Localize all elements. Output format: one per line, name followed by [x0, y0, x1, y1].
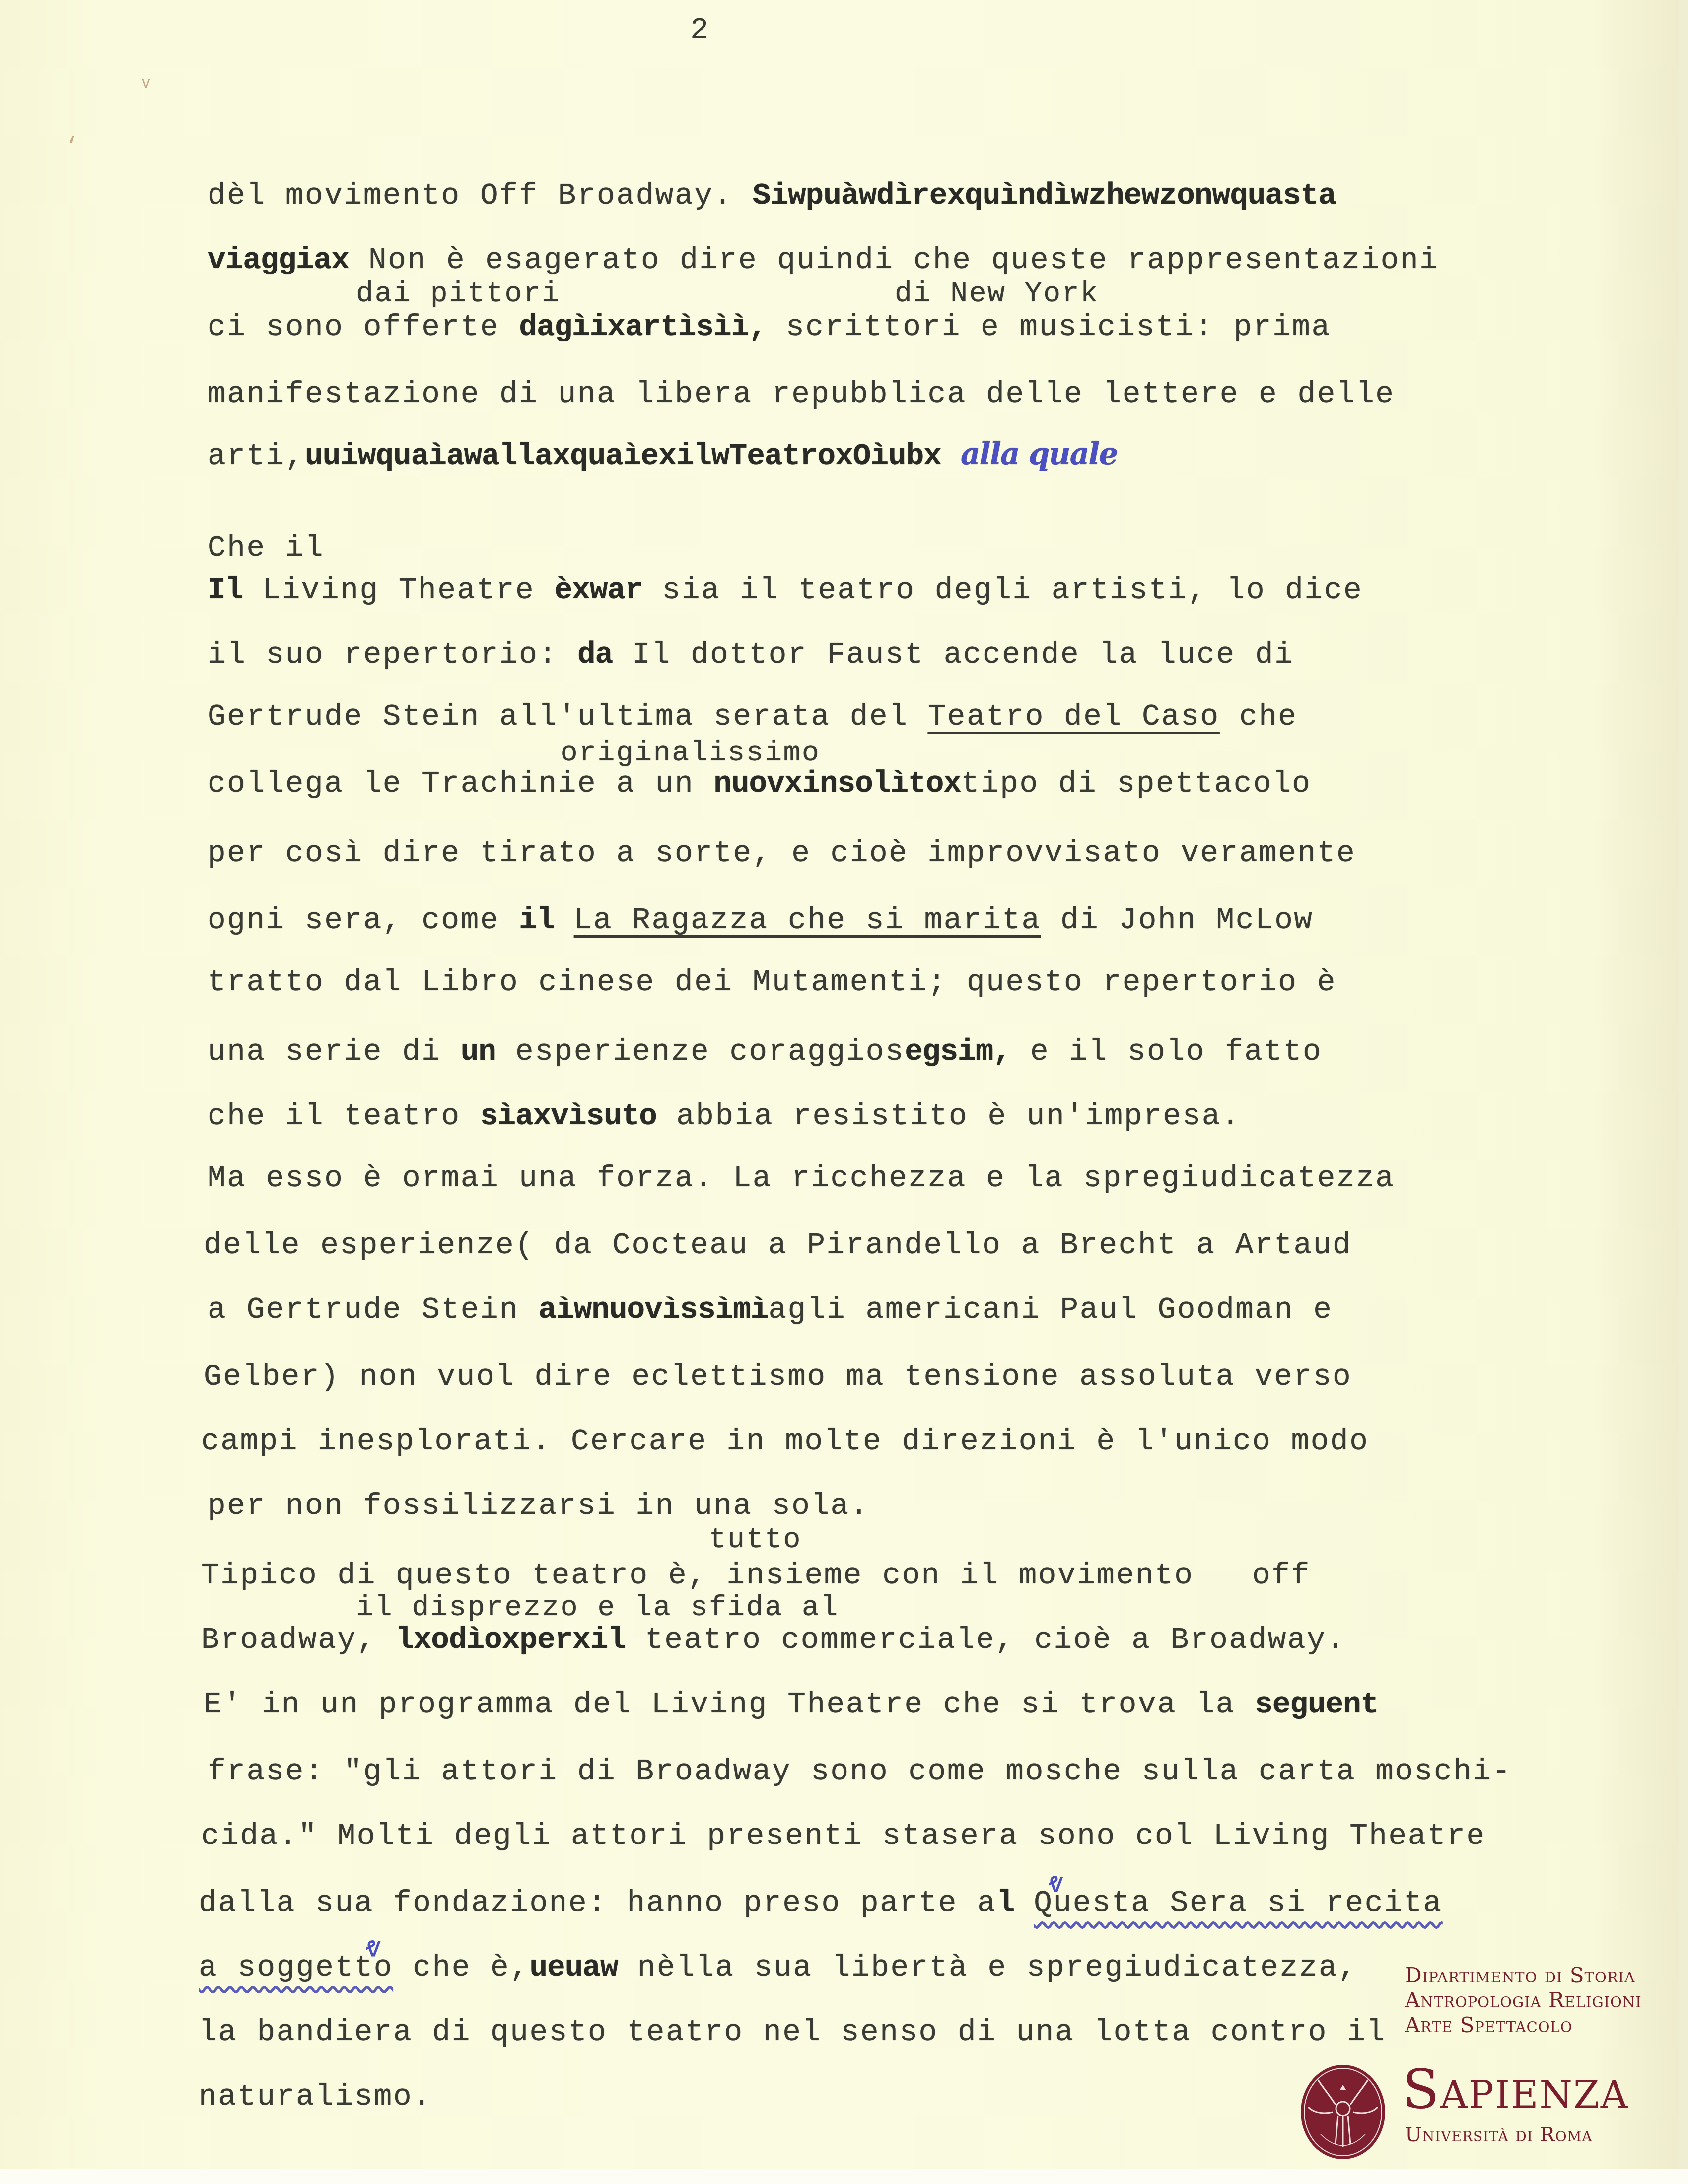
line-text: E' in un programma del Living Theatre ch… [204, 1688, 1255, 1722]
line-text: il suo repertorio: [208, 638, 577, 672]
line-text: la bandiera di questo teatro nel senso d… [199, 2015, 1386, 2049]
insertion-caret-mark: ⱴ [365, 1931, 381, 1963]
typed-line: Tipico di questo teatro è, insieme con i… [201, 1559, 1311, 1593]
line-text: arti, [208, 439, 305, 474]
line-text: tratto dal Libro cinese dei Mutamenti; q… [208, 965, 1336, 1000]
line-text: Living Theatre [243, 573, 554, 608]
line-text: tutto [208, 1524, 802, 1556]
line-text: che è, [393, 1951, 529, 1985]
typed-line: manifestazione di una libera repubblica … [208, 377, 1395, 412]
line-text: per così dire tirato a sorte, e cioè imp… [208, 836, 1356, 871]
struck-out-text: Il [208, 573, 243, 608]
line-text [555, 903, 574, 938]
typed-line: una serie di un esperienze coraggiosegsi… [208, 1035, 1322, 1070]
interlinear-insertion: tutto [208, 1523, 802, 1558]
insertion-caret-mark: ⱴ [1048, 1866, 1064, 1899]
line-text: dalla sua fondazione: hanno preso parte … [199, 1886, 996, 1920]
pen-underlined-title: Questa Sera si recita [1034, 1886, 1442, 1920]
typed-line: ci sono offerte dagìixartìsìì, scrittori… [208, 310, 1331, 345]
struck-out-text: viaggiax [208, 243, 349, 277]
line-text: collega le Trachinie a un [208, 767, 713, 801]
typed-line: Ma esso è ormai una forza. La ricchezza … [208, 1161, 1395, 1196]
typed-line: cida." Molti degli attori presenti stase… [201, 1819, 1486, 1854]
typed-line: per non fossilizzarsi in una sola. [208, 1489, 869, 1524]
typed-line: arti,uuiwquaìawallaxquaìexilwTeatroxOìub… [208, 437, 1117, 474]
line-text: Il dottor Faust accende la luce di [613, 638, 1294, 672]
typed-line: viaggiax Non è esagerato dire quindi che… [208, 243, 1439, 278]
struck-out-text: un [461, 1035, 496, 1069]
sapienza-seal-logo [1301, 2065, 1385, 2159]
university-subtitle: Università di Roma [1405, 2123, 1593, 2146]
line-text: dèl movimento Off Broadway. [208, 179, 753, 213]
typed-line: collega le Trachinie a un nuovxinsolìtox… [208, 767, 1312, 802]
struck-out-text: èxwar [555, 573, 643, 608]
department-line: Dipartimento di Storia [1405, 1963, 1642, 1988]
line-text: di John McLow [1041, 903, 1314, 938]
line-text: nèlla sua libertà e spregiudicatezza, [618, 1951, 1358, 1985]
struck-out-text: Siwpuàwdìrexquìndìwzhewzonwquasta [753, 179, 1336, 213]
pen-underlined-title: a soggetto [199, 1951, 393, 1985]
typed-line: delle esperienze( da Cocteau a Pirandell… [204, 1228, 1352, 1263]
margin-tick-mark: ‘ [65, 134, 79, 161]
line-text: il disprezzo e la sfida al [208, 1592, 839, 1624]
typed-line: Broadway, lxodìoxperxil teatro commercia… [201, 1623, 1346, 1658]
line-text [1014, 1886, 1034, 1920]
struck-out-text: ueuaw [530, 1951, 618, 1985]
line-text: che il teatro [208, 1099, 480, 1134]
line-text: Tipico di questo teatro è, insieme con i… [201, 1559, 1311, 1593]
pen-scribble-correction: alla quale [961, 436, 1117, 472]
struck-out-text: aìwnuovìssìmì [539, 1293, 769, 1327]
typed-line: dalla sua fondazione: hanno preso parte … [199, 1886, 1443, 1921]
typed-line: tratto dal Libro cinese dei Mutamenti; q… [208, 965, 1336, 1000]
struck-out-text: seguent [1255, 1688, 1378, 1722]
typed-line: campi inesplorati. Cercare in molte dire… [201, 1425, 1369, 1459]
scan-edge [1678, 0, 1688, 2184]
line-text: naturalismo. [199, 2080, 432, 2114]
line-text: sia il teatro degli artisti, lo dice [643, 573, 1363, 608]
struck-out-text: dagìixartìsìì, [519, 310, 766, 344]
typed-line: Che il [208, 531, 324, 566]
line-text: Che il [208, 531, 324, 565]
typed-line: per così dire tirato a sorte, e cioè imp… [208, 836, 1356, 871]
typed-line: ogni sera, come il La Ragazza che si mar… [208, 903, 1314, 938]
department-line: Arte Spettacolo [1405, 2013, 1642, 2038]
line-text: tipo di spettacolo [961, 767, 1312, 801]
line-text: ogni sera, come [208, 903, 519, 938]
typed-line: Gelber) non vuol dire eclettismo ma tens… [204, 1360, 1352, 1395]
page-number: 2 [690, 12, 708, 48]
interlinear-insertion: originalissimo [208, 736, 820, 771]
line-text: Gertrude Stein all'ultima serata del [208, 700, 928, 734]
typed-line: la bandiera di questo teatro nel senso d… [199, 2015, 1386, 2050]
line-text: per non fossilizzarsi in una sola. [208, 1489, 869, 1523]
line-text: teatro commerciale, cioè a Broadway. [626, 1623, 1346, 1657]
winged-figure-icon [1301, 2065, 1385, 2159]
line-text [941, 439, 961, 474]
line-text: che [1220, 700, 1298, 734]
department-stamp: Dipartimento di Storia Antropologia Reli… [1405, 1963, 1642, 2038]
line-text: e il solo fatto [1011, 1035, 1322, 1069]
typed-line: dèl movimento Off Broadway. Siwpuàwdìrex… [208, 179, 1336, 213]
line-text: una serie di [208, 1035, 461, 1069]
line-text: ci sono offerte [208, 310, 519, 344]
line-text: cida." Molti degli attori presenti stase… [201, 1819, 1486, 1853]
struck-out-text: uuiwquaìawallaxquaìexilwTeatroxOìubx [305, 439, 941, 474]
line-text: Gelber) non vuol dire eclettismo ma tens… [204, 1360, 1352, 1394]
line-text: campi inesplorati. Cercare in molte dire… [201, 1425, 1369, 1459]
line-text: manifestazione di una libera repubblica … [208, 377, 1395, 411]
line-text: Non è esagerato dire quindi che queste r… [349, 243, 1439, 277]
typed-line: Il Living Theatre èxwar sia il teatro de… [208, 573, 1363, 608]
struck-out-text: lxodìoxperxil [396, 1623, 626, 1657]
typed-line: Gertrude Stein all'ultima serata del Tea… [208, 700, 1298, 735]
university-name: Sapienza [1403, 2062, 1629, 2117]
line-text: dai pittori di New York [208, 278, 1099, 310]
typed-line: che il teatro sìaxvìsuto abbia resistito… [208, 1099, 1241, 1134]
typed-line: naturalismo. [199, 2080, 432, 2115]
line-text: a Gertrude Stein [208, 1293, 539, 1327]
underlined-title: Teatro del Caso [928, 700, 1220, 734]
typed-line: E' in un programma del Living Theatre ch… [204, 1688, 1378, 1722]
interlinear-insertion: dai pittori di New York [208, 277, 1099, 312]
typed-line: a Gertrude Stein aìwnuovìssìmìagli ameri… [208, 1293, 1333, 1328]
struck-out-text: nuovxinsolìtox [713, 767, 961, 801]
line-text: Broadway, [201, 1623, 396, 1657]
line-text: agli americani Paul Goodman e [768, 1293, 1333, 1327]
line-text: Ma esso è ormai una forza. La ricchezza … [208, 1161, 1395, 1196]
margin-tick-mark: ᵛ [139, 74, 153, 101]
line-text: frase: "gli attori di Broadway sono come… [208, 1755, 1512, 1789]
line-text: scrittori e musicisti: prima [767, 310, 1331, 344]
struck-out-text: da [577, 638, 613, 672]
interlinear-insertion: il disprezzo e la sfida al [208, 1591, 839, 1626]
struck-out-text: il [519, 903, 554, 938]
typed-line: frase: "gli attori di Broadway sono come… [208, 1755, 1512, 1789]
struck-out-text: sìaxvìsuto [480, 1099, 657, 1134]
struck-out-text: l [996, 1886, 1014, 1920]
struck-out-text: egsim, [905, 1035, 1011, 1069]
underlined-title: La Ragazza che si marita [574, 903, 1041, 938]
line-text: esperienze coraggios [496, 1035, 905, 1069]
line-text: originalissimo [208, 737, 820, 769]
scan-edge-bottom [0, 2169, 1688, 2184]
line-text: abbia resistito è un'impresa. [657, 1099, 1241, 1134]
department-line: Antropologia Religioni [1405, 1988, 1642, 2013]
line-text: delle esperienze( da Cocteau a Pirandell… [204, 1228, 1352, 1263]
typed-line: il suo repertorio: da Il dottor Faust ac… [208, 638, 1294, 673]
